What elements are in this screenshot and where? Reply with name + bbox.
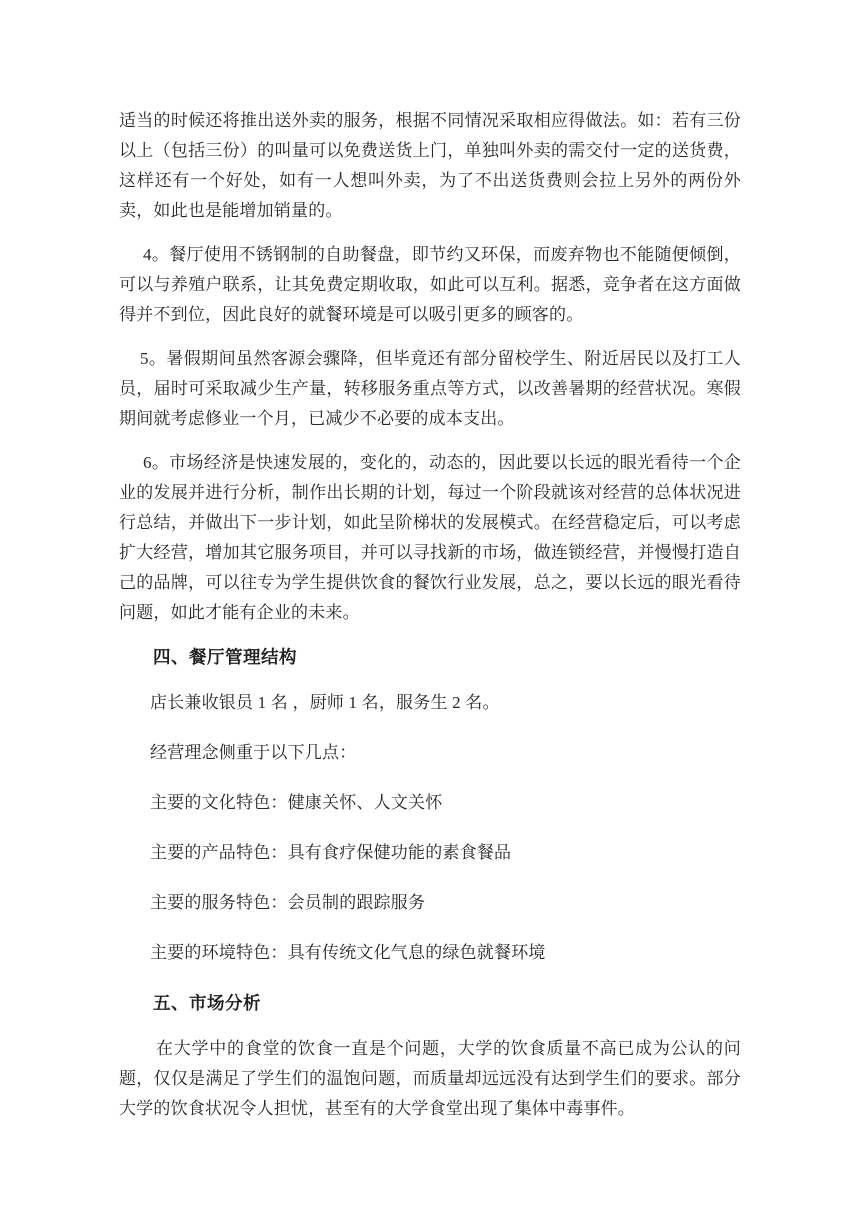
service-feature-line: 主要的服务特色：会员制的跟踪服务 [119,888,741,918]
paragraph-point-4: 4。餐厅使用不锈钢制的自助餐盘，即节约又环保，而废弃物也不能随便倾倒，可以与养殖… [119,240,741,330]
philosophy-intro-line: 经营理念侧重于以下几点： [119,738,741,768]
paragraph-delivery-service: 适当的时候还将推出送外卖的服务，根据不同情况采取相应得做法。如：若有三份以上（包… [119,106,741,226]
culture-feature-line: 主要的文化特色：健康关怀、人文关怀 [119,788,741,818]
product-feature-line: 主要的产品特色：具有食疗保健功能的素食餐品 [119,838,741,868]
document-page: 适当的时候还将推出送外卖的服务，根据不同情况采取相应得做法。如：若有三份以上（包… [0,0,860,1216]
staffing-line: 店长兼收银员 1 名 ，厨师 1 名，服务生 2 名。 [119,688,741,718]
environment-feature-line: 主要的环境特色：具有传统文化气息的绿色就餐环境 [119,938,741,968]
section-heading-market-analysis: 五、市场分析 [119,988,741,1018]
paragraph-campus-food-problem: 在大学中的食堂的饮食一直是个问题，大学的饮食质量不高已成为公认的问题，仅仅是满足… [119,1034,741,1124]
paragraph-point-6: 6。市场经济是快速发展的，变化的，动态的，因此要以长远的眼光看待一个企业的发展并… [119,448,741,628]
paragraph-point-5: 5。暑假期间虽然客源会骤降，但毕竟还有部分留校学生、附近居民以及打工人员，届时可… [119,344,741,434]
section-heading-restaurant-management: 四、餐厅管理结构 [119,642,741,672]
